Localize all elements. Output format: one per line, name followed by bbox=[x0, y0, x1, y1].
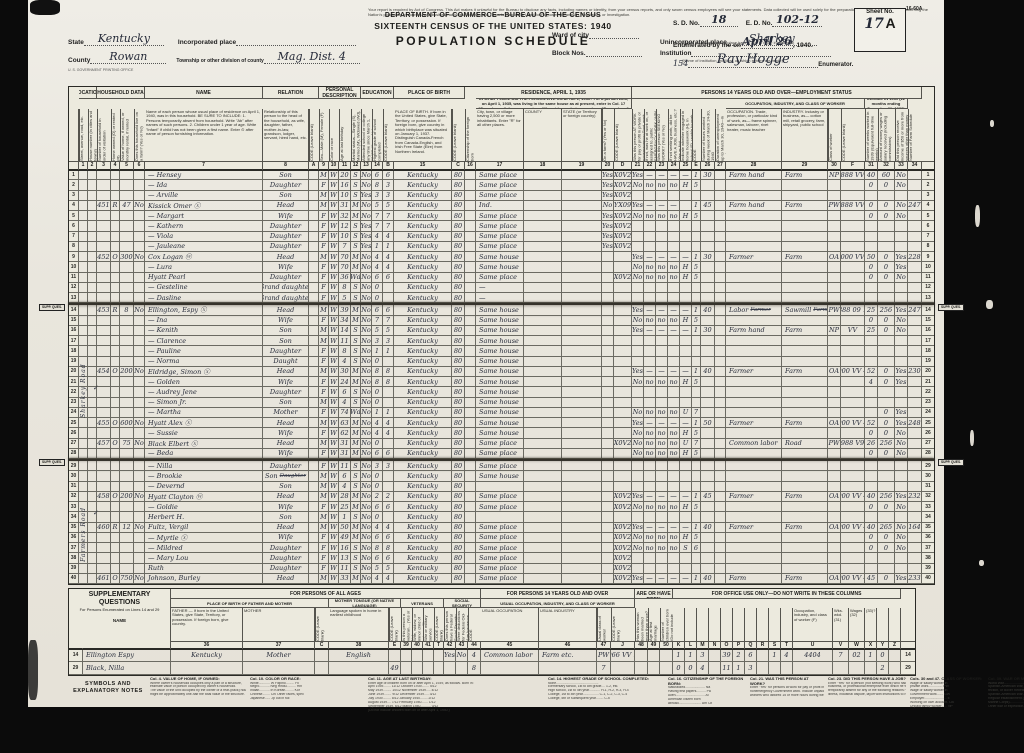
value-name: — Kathern bbox=[148, 222, 183, 230]
value-mar: S bbox=[353, 482, 357, 490]
value-wg: 0 bbox=[884, 273, 888, 281]
cell-cls: OA bbox=[828, 574, 841, 583]
value-w24: — bbox=[670, 367, 677, 375]
cell-farm: No bbox=[134, 492, 145, 501]
cell-oi: No bbox=[895, 180, 908, 189]
cell-rfarm bbox=[602, 543, 614, 552]
value-w23: no bbox=[657, 408, 665, 416]
value-we: 5 bbox=[694, 181, 698, 189]
value-race: W bbox=[330, 367, 337, 375]
cell-w21: No bbox=[632, 316, 644, 325]
cell-w24: — bbox=[668, 523, 680, 532]
value-socc: Common labor bbox=[484, 651, 533, 659]
cell-val bbox=[120, 461, 134, 470]
cell-fc bbox=[841, 428, 865, 437]
table-row: 1— HenseySonMW20SNo66Kentucky80Same plac… bbox=[69, 170, 934, 180]
line-number-right: 25 bbox=[922, 418, 934, 427]
value-age: 31 bbox=[340, 201, 348, 209]
value-visit: 461 bbox=[97, 574, 109, 582]
cell-dur bbox=[715, 492, 726, 501]
cell-gb bbox=[383, 471, 394, 480]
cell-rel: Son bbox=[263, 170, 309, 179]
cell-we: 5 bbox=[692, 449, 701, 458]
cell-house bbox=[88, 336, 97, 345]
cell-cit bbox=[465, 357, 476, 366]
cell-ind bbox=[782, 408, 828, 417]
cell-fc bbox=[841, 482, 865, 491]
cell-rcounty bbox=[524, 398, 562, 407]
cell-bp: Kentucky bbox=[394, 387, 452, 396]
cell-bp: Kentucky bbox=[394, 180, 452, 189]
cell-visit: 461 bbox=[97, 574, 111, 583]
cell-wg: 0 bbox=[878, 180, 895, 189]
value-rel: Head bbox=[277, 419, 295, 427]
value-sch: No bbox=[361, 408, 371, 416]
cell-ra bbox=[309, 439, 319, 448]
cell-wk: 0 bbox=[865, 543, 878, 552]
value-oi: No bbox=[896, 544, 906, 552]
cell-rcounty bbox=[524, 326, 562, 335]
value-sch: No bbox=[361, 273, 371, 281]
cell-gb: 5 bbox=[383, 326, 394, 335]
cell-bp: Kentucky bbox=[394, 242, 452, 251]
value-farm: No bbox=[134, 306, 144, 314]
cell-bc: 80 bbox=[452, 367, 465, 376]
cell-w21: Yes bbox=[632, 492, 644, 501]
value-rfarm: Yes bbox=[602, 232, 613, 240]
value-age: 33 bbox=[340, 574, 348, 582]
cell-rfarm: Yes bbox=[602, 191, 614, 200]
value-sex: F bbox=[321, 273, 326, 281]
value-name: — Kenith bbox=[148, 326, 178, 334]
cell-w24 bbox=[668, 336, 680, 345]
cell-sch: No bbox=[361, 482, 372, 491]
value-mar: M bbox=[352, 378, 359, 386]
cell-rel: Daughter bbox=[263, 242, 309, 251]
value-bp: Kentucky bbox=[407, 408, 438, 416]
value-rd: X0V2 bbox=[614, 273, 631, 281]
column-header-street: Street, avenue, road, etc. bbox=[79, 109, 88, 161]
cell-sw1 bbox=[635, 662, 648, 674]
value-bc: 80 bbox=[454, 449, 462, 457]
cell-sch: No bbox=[361, 305, 372, 314]
value-rel: Daughter bbox=[270, 564, 301, 572]
cell-gr: 6 bbox=[372, 533, 383, 542]
cell-ind bbox=[782, 242, 828, 251]
cell-sex: M bbox=[319, 418, 329, 427]
value-sex: F bbox=[321, 408, 326, 416]
cell-w23 bbox=[656, 293, 668, 302]
cell-bp: Kentucky bbox=[394, 574, 452, 583]
cell-hrs bbox=[701, 553, 715, 562]
cell-we bbox=[692, 461, 701, 470]
cell-sex: F bbox=[319, 283, 329, 292]
cell-cit bbox=[465, 367, 476, 376]
cell-age: 30 bbox=[339, 367, 351, 376]
cell-cit bbox=[465, 191, 476, 200]
cell-rcounty bbox=[524, 564, 562, 573]
column-header-age: Age at last birthday bbox=[339, 109, 351, 161]
value-w23: — bbox=[658, 201, 665, 209]
cell-dur bbox=[715, 293, 726, 302]
cell-ind: Farm bbox=[782, 252, 828, 261]
value-name: — Simon Jr. bbox=[148, 398, 187, 406]
cell-occ bbox=[726, 553, 782, 562]
cell-w21: Yes bbox=[632, 574, 644, 583]
cell-fs bbox=[908, 293, 922, 302]
value-name: — Mary Lou bbox=[148, 554, 188, 562]
cell-w24: no bbox=[668, 262, 680, 271]
value-w24: no bbox=[669, 273, 677, 281]
value-cls: OA bbox=[829, 574, 839, 582]
value-fs: 232 bbox=[908, 492, 920, 500]
cell-fs: 228 bbox=[908, 252, 922, 261]
cell-farm: No bbox=[134, 367, 145, 376]
value-rel: Head bbox=[277, 523, 295, 531]
cell-visit: 453 bbox=[97, 305, 111, 314]
value-rc: Same place bbox=[479, 492, 517, 500]
cell-dur bbox=[715, 316, 726, 325]
cell-ind bbox=[782, 553, 828, 562]
cell-race: W bbox=[329, 201, 339, 210]
value-w25: — bbox=[682, 523, 689, 531]
cell-oi: No bbox=[895, 201, 908, 210]
value-wg: 0 bbox=[884, 263, 888, 271]
value-w23: no bbox=[657, 439, 665, 447]
cell-visit bbox=[97, 316, 111, 325]
value-w21: No bbox=[633, 181, 643, 189]
cell-mar: M bbox=[351, 418, 361, 427]
cell-w24: no bbox=[668, 180, 680, 189]
cell-rfarm bbox=[602, 293, 614, 302]
column-subgroup: SOCIAL SECURITY bbox=[444, 599, 481, 608]
enumerated-label: Enumerated by me on bbox=[673, 42, 741, 49]
cell-sex: M bbox=[319, 367, 329, 376]
cell-rc: Same place bbox=[476, 180, 524, 189]
cell-race: W bbox=[329, 221, 339, 230]
cell-ind bbox=[782, 357, 828, 366]
cell-hrs: 40 bbox=[701, 305, 715, 314]
value-w21: Yes bbox=[632, 326, 643, 334]
cell-rcounty bbox=[524, 336, 562, 345]
cell-we bbox=[692, 346, 701, 355]
value-we: 5 bbox=[694, 316, 698, 324]
value-w24: — bbox=[670, 574, 677, 582]
value-rc: Same house bbox=[479, 263, 519, 271]
cell-cit bbox=[465, 574, 476, 583]
cell-gb: 4 bbox=[383, 252, 394, 261]
cell-sch: No bbox=[361, 201, 372, 210]
cell-bp: Kentucky bbox=[394, 428, 452, 437]
value-ind: Farm bbox=[785, 492, 802, 500]
table-header: FOR PERSONS OF ALL AGESFOR PERSONS 14 YE… bbox=[69, 589, 915, 649]
value-gb: 4 bbox=[386, 253, 390, 261]
cell-name: — Viola bbox=[145, 232, 263, 241]
value-w22: — bbox=[646, 523, 653, 531]
value-sch: No bbox=[361, 574, 371, 582]
cell-we: 5 bbox=[692, 262, 701, 271]
cell-rd bbox=[614, 305, 632, 314]
symbols-block: SYMBOLS AND EXPLANATORY NOTES bbox=[68, 676, 148, 714]
cell-cls bbox=[828, 191, 841, 200]
cell-sex: F bbox=[319, 387, 329, 396]
column-header-l bbox=[685, 608, 697, 641]
cell-visit bbox=[97, 283, 111, 292]
value-bp: Kentucky bbox=[407, 367, 438, 375]
cell-val bbox=[120, 242, 134, 251]
cell-wk bbox=[865, 346, 878, 355]
value-we: 1 bbox=[694, 326, 698, 334]
line-number-right: 1 bbox=[922, 170, 934, 179]
cell-street bbox=[79, 191, 88, 200]
value-oi: No bbox=[896, 523, 906, 531]
value-w23: no bbox=[657, 449, 665, 457]
cell-own bbox=[111, 357, 120, 366]
value-own: R bbox=[113, 201, 118, 209]
value-bc: 80 bbox=[454, 492, 462, 500]
cell-we: 1 bbox=[692, 523, 701, 532]
cell-ind bbox=[782, 180, 828, 189]
cell-rd: X0V2 bbox=[614, 180, 632, 189]
value-rd: X0V2 bbox=[614, 564, 631, 572]
cell-visit bbox=[97, 461, 111, 470]
cell-w21: Yes bbox=[632, 201, 644, 210]
cell-rstate bbox=[562, 316, 602, 325]
cell-house bbox=[88, 471, 97, 480]
value-rc: Same place bbox=[479, 191, 517, 199]
value-w21: No bbox=[633, 212, 643, 220]
column-header-rd: CODE (Leave blank) bbox=[614, 109, 632, 161]
cell-hrs bbox=[701, 242, 715, 251]
cell-cls bbox=[828, 221, 841, 230]
cell-w23: — bbox=[656, 201, 668, 210]
value-cls: OA bbox=[829, 253, 839, 261]
line-number-left: 15 bbox=[69, 316, 79, 325]
value-we: 7 bbox=[694, 439, 698, 447]
cell-race: W bbox=[329, 428, 339, 437]
value-bc: 80 bbox=[454, 503, 462, 511]
cell-bp: Kentucky bbox=[394, 170, 452, 179]
value-w23: — bbox=[658, 367, 665, 375]
cell-z bbox=[889, 649, 901, 661]
cell-rcounty bbox=[524, 543, 562, 552]
cell-race: W bbox=[329, 398, 339, 407]
value-w23: no bbox=[657, 503, 665, 511]
cell-s: 1 bbox=[769, 649, 781, 661]
cell-w bbox=[849, 662, 865, 674]
cell-visit: 454 bbox=[97, 367, 111, 376]
cell-fc bbox=[841, 357, 865, 366]
value-farm: No bbox=[134, 492, 144, 500]
cell-v: 7 bbox=[833, 649, 849, 661]
cell-bc: 80 bbox=[452, 305, 465, 314]
cell-wk bbox=[865, 232, 878, 241]
value-w23: — bbox=[658, 253, 665, 261]
cell-wk: 0 bbox=[865, 262, 878, 271]
cell-val: 750 bbox=[120, 574, 134, 583]
cell-gb: 7 bbox=[383, 211, 394, 220]
cell-fc bbox=[841, 346, 865, 355]
cell-we bbox=[692, 482, 701, 491]
cell-w23: no bbox=[656, 439, 668, 448]
cell-w22: no bbox=[644, 449, 656, 458]
cell-w24 bbox=[668, 471, 680, 480]
cell-name: — Brookie bbox=[145, 471, 263, 480]
value-mar: S bbox=[353, 462, 357, 470]
cell-ra bbox=[309, 428, 319, 437]
value-w21: No bbox=[633, 439, 643, 447]
cell-farm bbox=[134, 357, 145, 366]
value-age: 12 bbox=[340, 222, 348, 230]
value-race: W bbox=[330, 294, 337, 302]
cell-fs bbox=[908, 221, 922, 230]
line-number-right: 7 bbox=[922, 232, 934, 241]
cell-cit bbox=[465, 449, 476, 458]
cell-dur bbox=[715, 439, 726, 448]
cell-visit bbox=[97, 502, 111, 511]
line-number-left: 6 bbox=[69, 221, 79, 230]
value-rc: Ind. bbox=[479, 201, 492, 209]
cell-occ bbox=[726, 502, 782, 511]
line-number-left: 4 bbox=[69, 201, 79, 210]
cell-visit bbox=[97, 273, 111, 282]
value-sex: M bbox=[320, 337, 327, 345]
cell-w25: — bbox=[680, 305, 692, 314]
cell-name: — Jauleane bbox=[145, 242, 263, 251]
value-race: W bbox=[330, 503, 337, 511]
column-number-street: 1 bbox=[79, 162, 88, 170]
value-mar: M bbox=[352, 316, 359, 324]
cell-w23: — bbox=[656, 170, 668, 179]
cell-bc: 80 bbox=[452, 326, 465, 335]
cell-race: W bbox=[329, 305, 339, 314]
cell-farm bbox=[134, 553, 145, 562]
column-header-ss3: CODE bbox=[468, 608, 481, 641]
cell-fc bbox=[841, 512, 865, 521]
value-sex: M bbox=[320, 367, 327, 375]
cell-occ: Farmer bbox=[726, 367, 782, 376]
value-s: 1 bbox=[772, 651, 776, 659]
value-sex: M bbox=[320, 472, 327, 480]
value-gr: 4 bbox=[375, 523, 379, 531]
cell-age: 11 bbox=[339, 564, 351, 573]
value-own: O bbox=[112, 574, 117, 582]
cell-rstate bbox=[562, 564, 602, 573]
cell-gb: 4 bbox=[383, 418, 394, 427]
cell-rd: X0V2 bbox=[614, 543, 632, 552]
value-cls: OA bbox=[829, 419, 839, 427]
cell-rel: Daughter bbox=[263, 346, 309, 355]
cell-ind: SawmillFarm bbox=[782, 305, 828, 314]
cell-ra bbox=[309, 326, 319, 335]
cell-sex: F bbox=[319, 221, 329, 230]
cell-w23 bbox=[656, 387, 668, 396]
value-race: W bbox=[330, 544, 337, 552]
cell-w25: — bbox=[680, 523, 692, 532]
cell-house bbox=[88, 232, 97, 241]
cell-sex: F bbox=[319, 449, 329, 458]
cell-rcounty bbox=[524, 574, 562, 583]
cell-rel: Head bbox=[263, 252, 309, 261]
value-mar: S bbox=[353, 337, 357, 345]
column-group-residence-april-1-1935: RESIDENCE, APRIL 1, 1935 bbox=[476, 87, 632, 99]
value-farm: No bbox=[134, 201, 144, 209]
column-header-name: Name of each person whose usual place of… bbox=[145, 109, 263, 161]
cell-w21: No bbox=[632, 408, 644, 417]
cell-wg bbox=[878, 191, 895, 200]
cell-gr: 4 bbox=[372, 232, 383, 241]
cell-rc: Same place bbox=[476, 232, 524, 241]
cell-hrs bbox=[701, 221, 715, 230]
cell-ind bbox=[782, 564, 828, 573]
value-mar: S bbox=[353, 388, 357, 396]
cell-fc bbox=[841, 211, 865, 220]
cell-dur bbox=[715, 543, 726, 552]
cell-sch: No bbox=[361, 211, 372, 220]
cell-own: O bbox=[111, 439, 120, 448]
cell-sch: No bbox=[361, 449, 372, 458]
cell-rfarm bbox=[602, 553, 614, 562]
cell-gb: 1 bbox=[383, 346, 394, 355]
cell-dur bbox=[715, 428, 726, 437]
value-rd: YX09 bbox=[614, 201, 631, 209]
value-bp: Kentucky bbox=[407, 326, 438, 334]
column-number-mar: 12 bbox=[351, 162, 361, 170]
value-mar: S bbox=[353, 554, 357, 562]
cell-oi: No bbox=[895, 211, 908, 220]
cell-sex: M bbox=[319, 191, 329, 200]
cell-wk bbox=[865, 408, 878, 417]
cell-val bbox=[120, 512, 134, 521]
dept-line1: DEPARTMENT OF COMMERCE—BUREAU OF THE CEN… bbox=[328, 12, 658, 19]
cell-gr: 4 bbox=[372, 428, 383, 437]
cell-rel: Daughter bbox=[263, 232, 309, 241]
supp-name-header: NAME bbox=[69, 618, 170, 623]
value-name: — Gesteline bbox=[148, 283, 188, 291]
line-number-left: 38 bbox=[69, 553, 79, 562]
cell-we bbox=[692, 283, 701, 292]
cell-wk: 0 bbox=[865, 180, 878, 189]
cell-w25: H bbox=[680, 211, 692, 220]
line-number-left: 26 bbox=[69, 428, 79, 437]
cell-mar: S bbox=[351, 387, 361, 396]
cell-rstate bbox=[562, 180, 602, 189]
cell-bc: 80 bbox=[452, 170, 465, 179]
cell-fs bbox=[908, 191, 922, 200]
cell-rd bbox=[614, 387, 632, 396]
cell-occ bbox=[726, 543, 782, 552]
cell-rc: Same place bbox=[476, 502, 524, 511]
table-row: 5— MargartWifeFW32MNo77Kentucky80Same pl… bbox=[69, 211, 934, 221]
cell-val: 75 bbox=[120, 439, 134, 448]
cell-rfarm bbox=[602, 377, 614, 386]
film-scratch bbox=[979, 560, 984, 566]
cell-hrs bbox=[701, 191, 715, 200]
value-rc: Same house bbox=[479, 408, 519, 416]
cell-dur bbox=[715, 377, 726, 386]
cell-gr: 4 bbox=[372, 252, 383, 261]
value-bc: 80 bbox=[454, 294, 462, 302]
value-rel: Head bbox=[277, 492, 295, 500]
value-we: 5 bbox=[694, 273, 698, 281]
value-race: W bbox=[330, 273, 337, 281]
column-number-occ: 28 bbox=[726, 162, 782, 170]
cell-cls bbox=[828, 293, 841, 302]
cell-cit bbox=[465, 201, 476, 210]
cell-farm bbox=[134, 283, 145, 292]
cell-sex: F bbox=[319, 408, 329, 417]
cell-oi bbox=[895, 387, 908, 396]
